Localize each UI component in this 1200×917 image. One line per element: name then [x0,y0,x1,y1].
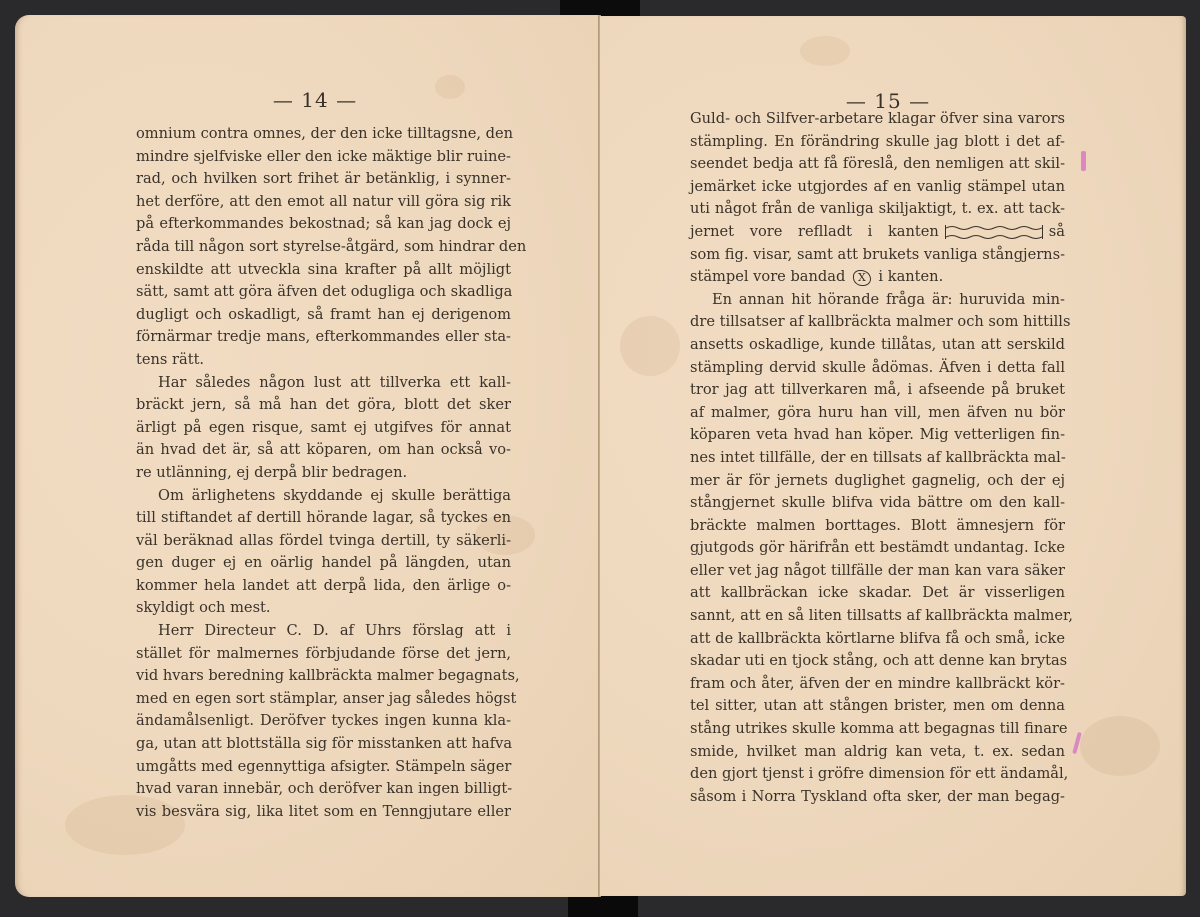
text-line: vis besvära sig, lika litet som en Tenng… [136,801,511,824]
gutter-shadow-bottom [568,895,638,917]
text-line: med en egen sort stämplar, anser jag sål… [136,688,511,711]
text-line: att de kallbräckta körtlarne blifva få o… [690,628,1065,651]
text-fragment: så [1049,221,1065,244]
right-page: — 15 — Guld- och Silfver-arbetare klagar… [600,16,1186,896]
paragraph-start: Har således någon lust att tillverka ett… [136,372,511,395]
left-page: — 14 — omnium contra omnes, der den icke… [15,15,598,897]
page-number: — 14 — [255,88,375,112]
foxing-stain [620,316,680,376]
text-line: dre tillsatser af kallbräckta malmer och… [690,311,1065,334]
text-line: stämpling. En förändring skulle jag blot… [690,131,1065,154]
paragraph-start: En annan hit hörande fråga är: huruvida … [690,289,1065,312]
text-line: på efterkommandes bekostnad; så kan jag … [136,213,511,236]
text-line: af malmer, göra huru han vill, men äfven… [690,402,1065,425]
text-line: jemärket icke utgjordes af en vanlig stä… [690,176,1065,199]
text-line: råda till någon sort styrelse-åtgärd, so… [136,236,511,259]
foxing-stain [435,75,465,99]
stamp-figure-icon: X [853,270,871,286]
text-line: het derföre, att den emot all natur vill… [136,191,511,214]
text-line: stället för malmernes förbjudande förse … [136,643,511,666]
text-line: bräckte malmen borttages. Blott ämnesjer… [690,515,1065,538]
text-line: gen duger ej en oärlig handel på längden… [136,552,511,575]
text-line: smide, hvilket man aldrig kan veta, t. e… [690,741,1065,764]
text-line: till stiftandet af dertill hörande lagar… [136,507,511,530]
text-line: gjutgods gör härifrån ett bestämdt undan… [690,537,1065,560]
text-line: ändamålsenligt. Deröfver tyckes ingen ku… [136,710,511,733]
text-line: kommer hela landet att derpå lida, den ä… [136,575,511,598]
text-line: Guld- och Silfver-arbetare klagar öfver … [690,108,1065,131]
text-line: köparen veta hvad han köper. Mig vetterl… [690,424,1065,447]
right-page-text: Guld- och Silfver-arbetare klagar öfver … [690,108,1065,808]
text-line: enskildte att utveckla sina krafter på a… [136,259,511,282]
text-fragment: stämpel vore bandad [690,268,845,285]
text-line: re utlänning, ej derpå blir bedragen. [136,462,511,485]
gutter-shadow-top [560,0,640,16]
text-line-with-figure: stämpel vore bandad X i kanten. [690,266,1065,289]
text-line: skyldigt och mest. [136,597,511,620]
text-line: tror jag att tillverkaren må, i afseende… [690,379,1065,402]
foxing-stain [800,36,850,66]
text-line: ansetts oskadlige, kunde tillåtas, utan … [690,334,1065,357]
text-line: tens rätt. [136,349,511,372]
wavy-edge-figure-icon [945,225,1043,239]
text-line: mindre sjelfviske eller den icke mäktige… [136,146,511,169]
text-line: mer är för jernets duglighet gagnelig, o… [690,470,1065,493]
text-line: tel sitter, utan att stången brister, me… [690,695,1065,718]
text-line: än hvad det är, så att köparen, om han o… [136,439,511,462]
text-line: dugligt och oskadligt, så framt han ej d… [136,304,511,327]
text-line: stång utrikes skulle komma att begagnas … [690,718,1065,741]
pink-pencil-mark [1081,151,1086,171]
text-line: förnärmar tredje mans, efterkommandes el… [136,326,511,349]
text-line: såsom i Norra Tyskland ofta sker, der ma… [690,786,1065,809]
left-page-text: omnium contra omnes, der den icke tillta… [136,123,511,823]
text-line: nes intet tillfälle, der en tillsats af … [690,447,1065,470]
text-line: väl beräknad allas fördel tvinga dertill… [136,530,511,553]
text-line: som fig. visar, samt att brukets vanliga… [690,244,1065,267]
text-line: rad, och hvilken sort frihet är betänkli… [136,168,511,191]
foxing-stain [1080,716,1160,776]
text-line: vid hvars beredning kallbräckta malmer b… [136,665,511,688]
text-line: den gjort tjenst i gröfre dimension för … [690,763,1065,786]
text-line: seendet bedja att få föreslå, den nemlig… [690,153,1065,176]
text-fragment: i kanten. [878,268,943,285]
text-line: fram och åter, äfven der en mindre kallb… [690,673,1065,696]
text-line: att kallbräckan icke skadar. Det är viss… [690,582,1065,605]
text-line: sätt, samt att göra äfven det odugliga o… [136,281,511,304]
text-line: stämpling dervid skulle ådömas. Äfven i … [690,357,1065,380]
text-fragment: jernet vore reflladt i kanten [690,221,939,244]
text-line: bräckt jern, så må han det göra, blott d… [136,394,511,417]
paragraph-start: Om ärlighetens skyddande ej skulle berät… [136,485,511,508]
text-line: eller vet jag något tillfälle der man ka… [690,560,1065,583]
text-line: sannt, att en så liten tillsatts af kall… [690,605,1065,628]
text-line: umgåtts med egennyttiga afsigter. Stämpe… [136,756,511,779]
text-line-with-figure: jernet vore reflladt i kanten så [690,221,1065,244]
text-line: hvad varan innebär, och deröfver kan ing… [136,778,511,801]
paragraph-start: Herr Directeur C. D. af Uhrs förslag att… [136,620,511,643]
text-line: omnium contra omnes, der den icke tillta… [136,123,511,146]
text-line: ärligt på egen risque, samt ej utgifves … [136,417,511,440]
text-line: stångjernet skulle blifva vida bättre om… [690,492,1065,515]
text-line: skadar uti en tjock stång, och att denne… [690,650,1065,673]
text-line: ga, utan att blottställa sig för misstan… [136,733,511,756]
text-line: uti något från de vanliga skiljaktigt, t… [690,198,1065,221]
